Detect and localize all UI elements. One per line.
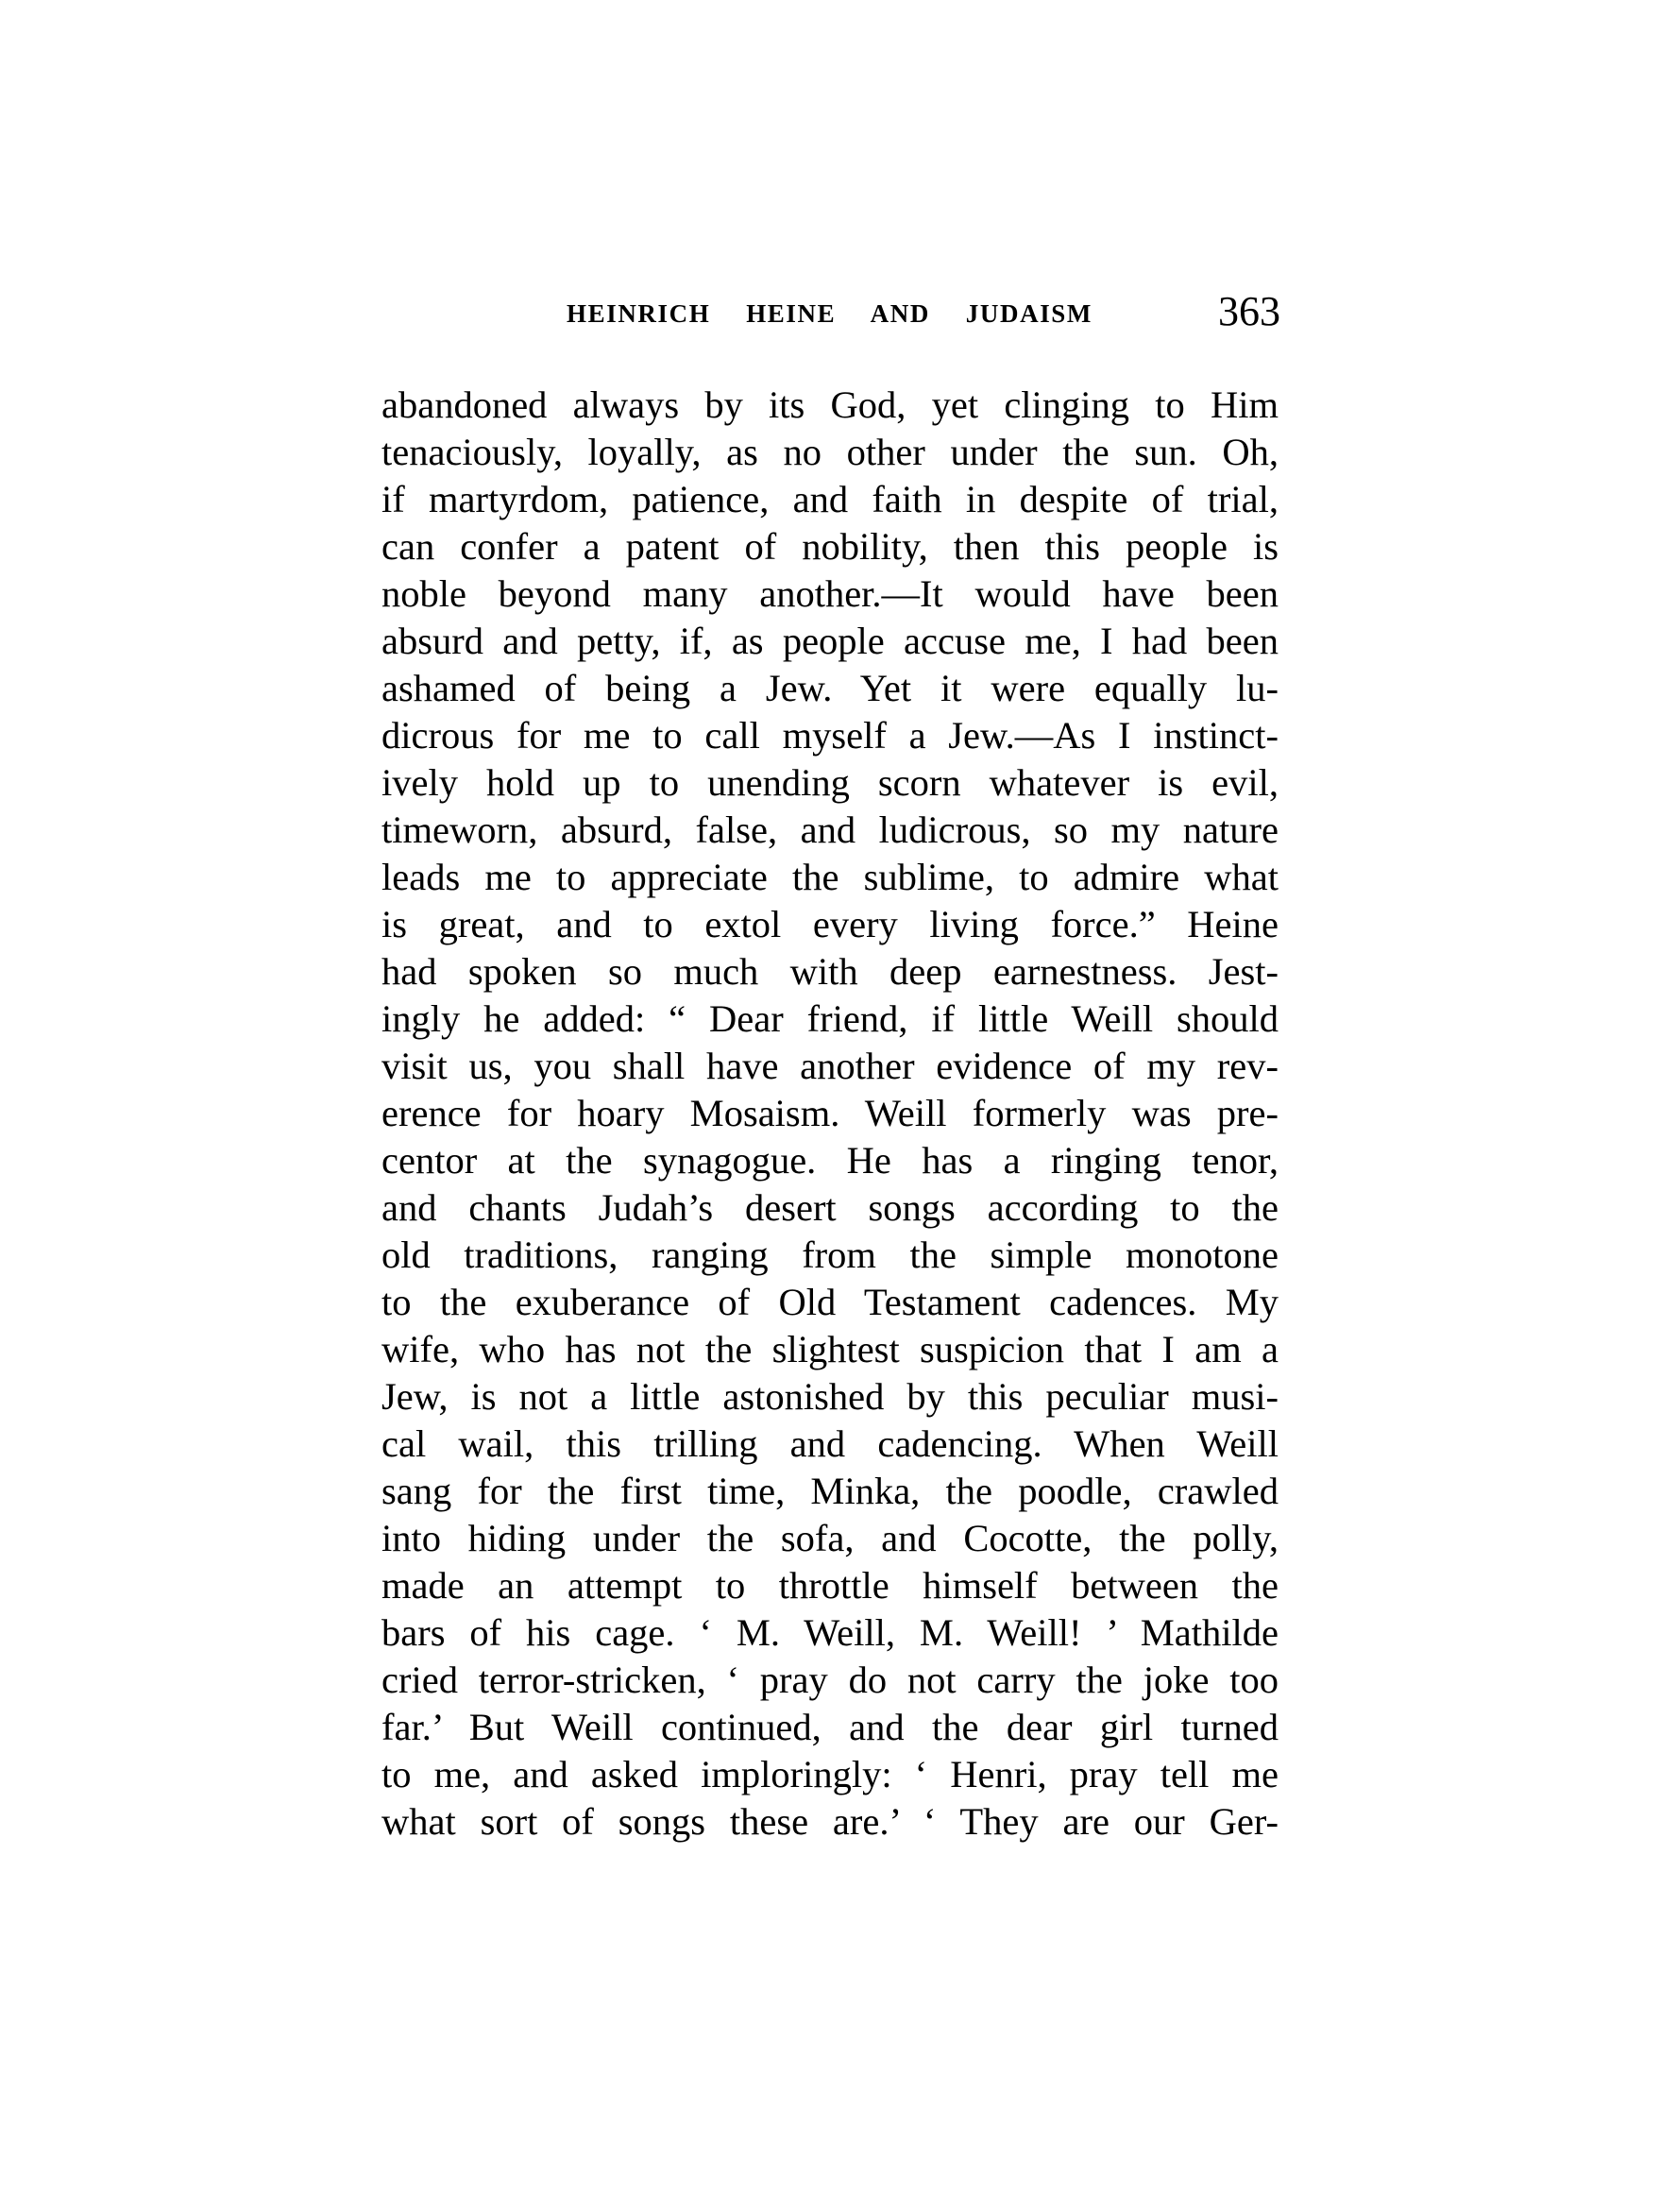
text-line: leads me to appreciate the sublime, to a… (381, 854, 1279, 901)
text-line: timeworn, absurd, false, and ludicrous, … (381, 807, 1279, 854)
text-line: visit us, you shall have another evidenc… (381, 1043, 1279, 1090)
text-line: ashamed of being a Jew. Yet it were equa… (381, 665, 1279, 712)
text-line: absurd and petty, if, as people accuse m… (381, 618, 1279, 665)
text-line: old traditions, ranging from the simple … (381, 1232, 1279, 1279)
text-line: to me, and asked imploringly: ‘ Henri, p… (381, 1751, 1279, 1798)
text-line: erence for hoary Mosaism. Weill formerly… (381, 1090, 1279, 1137)
text-line: is great, and to extol every living forc… (381, 901, 1279, 948)
running-head: HEINRICH HEINE AND JUDAISM (567, 298, 1093, 329)
text-line: into hiding under the sofa, and Cocotte,… (381, 1515, 1279, 1562)
text-line: had spoken so much with deep earnestness… (381, 948, 1279, 995)
text-line: sang for the first time, Minka, the pood… (381, 1468, 1279, 1515)
text-line: cried terror-stricken, ‘ pray do not car… (381, 1657, 1279, 1704)
text-line: can confer a patent of nobility, then th… (381, 523, 1279, 570)
text-line: noble beyond many another.—It would have… (381, 570, 1279, 618)
text-line: dicrous for me to call myself a Jew.—As … (381, 712, 1279, 759)
text-line: if martyrdom, patience, and faith in des… (381, 476, 1279, 523)
text-line: far.’ But Weill continued, and the dear … (381, 1704, 1279, 1751)
text-line: what sort of songs these are.’ ‘ They ar… (381, 1798, 1279, 1846)
text-line: tenaciously, loyally, as no other under … (381, 429, 1279, 476)
book-page: HEINRICH HEINE AND JUDAISM 363 abandoned… (0, 0, 1660, 2212)
page-number: 363 (1218, 289, 1280, 334)
text-line: wife, who has not the slightest suspicio… (381, 1326, 1279, 1373)
text-line: and chants Judah’s desert songs accordin… (381, 1184, 1279, 1232)
text-line: centor at the synagogue. He has a ringin… (381, 1137, 1279, 1184)
text-line: Jew, is not a little astonished by this … (381, 1373, 1279, 1421)
text-line: cal wail, this trilling and cadencing. W… (381, 1421, 1279, 1468)
body-text: abandoned always by its God, yet clingin… (381, 382, 1279, 1846)
text-line: abandoned always by its God, yet clingin… (381, 382, 1279, 429)
text-line: ively hold up to unending scorn whatever… (381, 759, 1279, 807)
text-line: to the exuberance of Old Testament caden… (381, 1279, 1279, 1326)
text-line: bars of his cage. ‘ M. Weill, M. Weill! … (381, 1609, 1279, 1657)
text-line: ingly he added: “ Dear friend, if little… (381, 995, 1279, 1043)
text-line: made an attempt to throttle himself betw… (381, 1562, 1279, 1609)
